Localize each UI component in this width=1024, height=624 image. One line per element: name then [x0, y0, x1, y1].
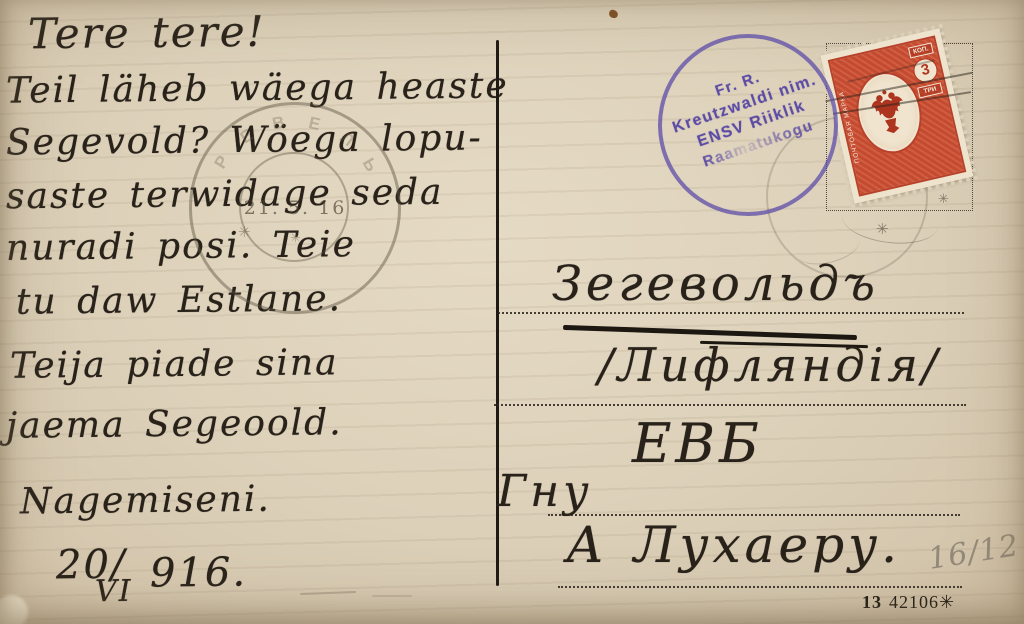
stamp-value-column: КОП. 3 ТРИ — [908, 42, 943, 98]
postmark-star-icon: ✳ — [876, 220, 889, 238]
postmark-star-icon: ✳ — [290, 231, 301, 246]
library-stamp: Fr. R. Kreutzwaldi nim. ENSV Riiklik Raa… — [658, 34, 838, 216]
postmark-ring-letter: Е — [305, 113, 324, 132]
postmark-ring-letter: Ь — [360, 153, 382, 175]
postmark-date: 21. 5. 16 — [192, 197, 398, 219]
library-stamp-text: Fr. R. Kreutzwaldi nim. ENSV Riiklik Raa… — [647, 44, 848, 183]
pencil-annotation: 16/12 — [926, 528, 1022, 577]
corner-chip — [0, 595, 28, 624]
postmark-ring-letter: В — [269, 112, 288, 131]
stamp-kop-label: КОП. — [908, 42, 934, 58]
address-salutation: Гну — [497, 466, 593, 517]
postmark-ring-letter: Е — [235, 124, 257, 146]
print-number: 1342106✳ — [862, 592, 955, 613]
postmark-ring-letter: Р — [209, 150, 231, 172]
message-date-year: 916. — [150, 549, 248, 596]
postmark-star-icon: ✳ — [938, 192, 949, 207]
message-line: Teil läheb wäega heaste — [6, 65, 509, 111]
message-line: jaema Segeoold. — [6, 402, 343, 447]
message-date-month: VI — [95, 574, 133, 609]
paper-speck — [608, 9, 619, 19]
faint-smudge — [300, 591, 356, 595]
message-line: Tere tere! — [28, 7, 266, 58]
address-region: /Лифляндія/ — [598, 338, 941, 392]
address-city: Зегевольдъ — [552, 256, 879, 312]
address-dotted-line — [498, 312, 964, 314]
stamp-artwork: ПОЧТОВАЯ МАРКА КОП. 3 ТР — [828, 35, 967, 196]
message-line: Teija piade sina — [10, 342, 339, 386]
faint-smudge — [372, 595, 412, 597]
address-dotted-line — [494, 404, 966, 406]
arrival-postmark: 21. 5. 16 Р Е В Е Л Ь ✳ ✳ — [189, 102, 401, 314]
postmark-ring-letter: Л — [337, 127, 359, 149]
address-addressee: А Лухаеру. — [566, 516, 901, 574]
print-number-prefix: 13 — [862, 592, 882, 612]
postmark-star-icon: ✳ — [238, 223, 251, 241]
postcard-scan: Tere tere! Teil läheb wäega heaste Segev… — [0, 0, 1024, 624]
address-honorific: ЕВБ — [632, 412, 763, 475]
address-dotted-line — [558, 586, 962, 588]
message-line: Nagemiseni. — [20, 479, 271, 523]
print-number-value: 42106✳ — [889, 592, 955, 612]
